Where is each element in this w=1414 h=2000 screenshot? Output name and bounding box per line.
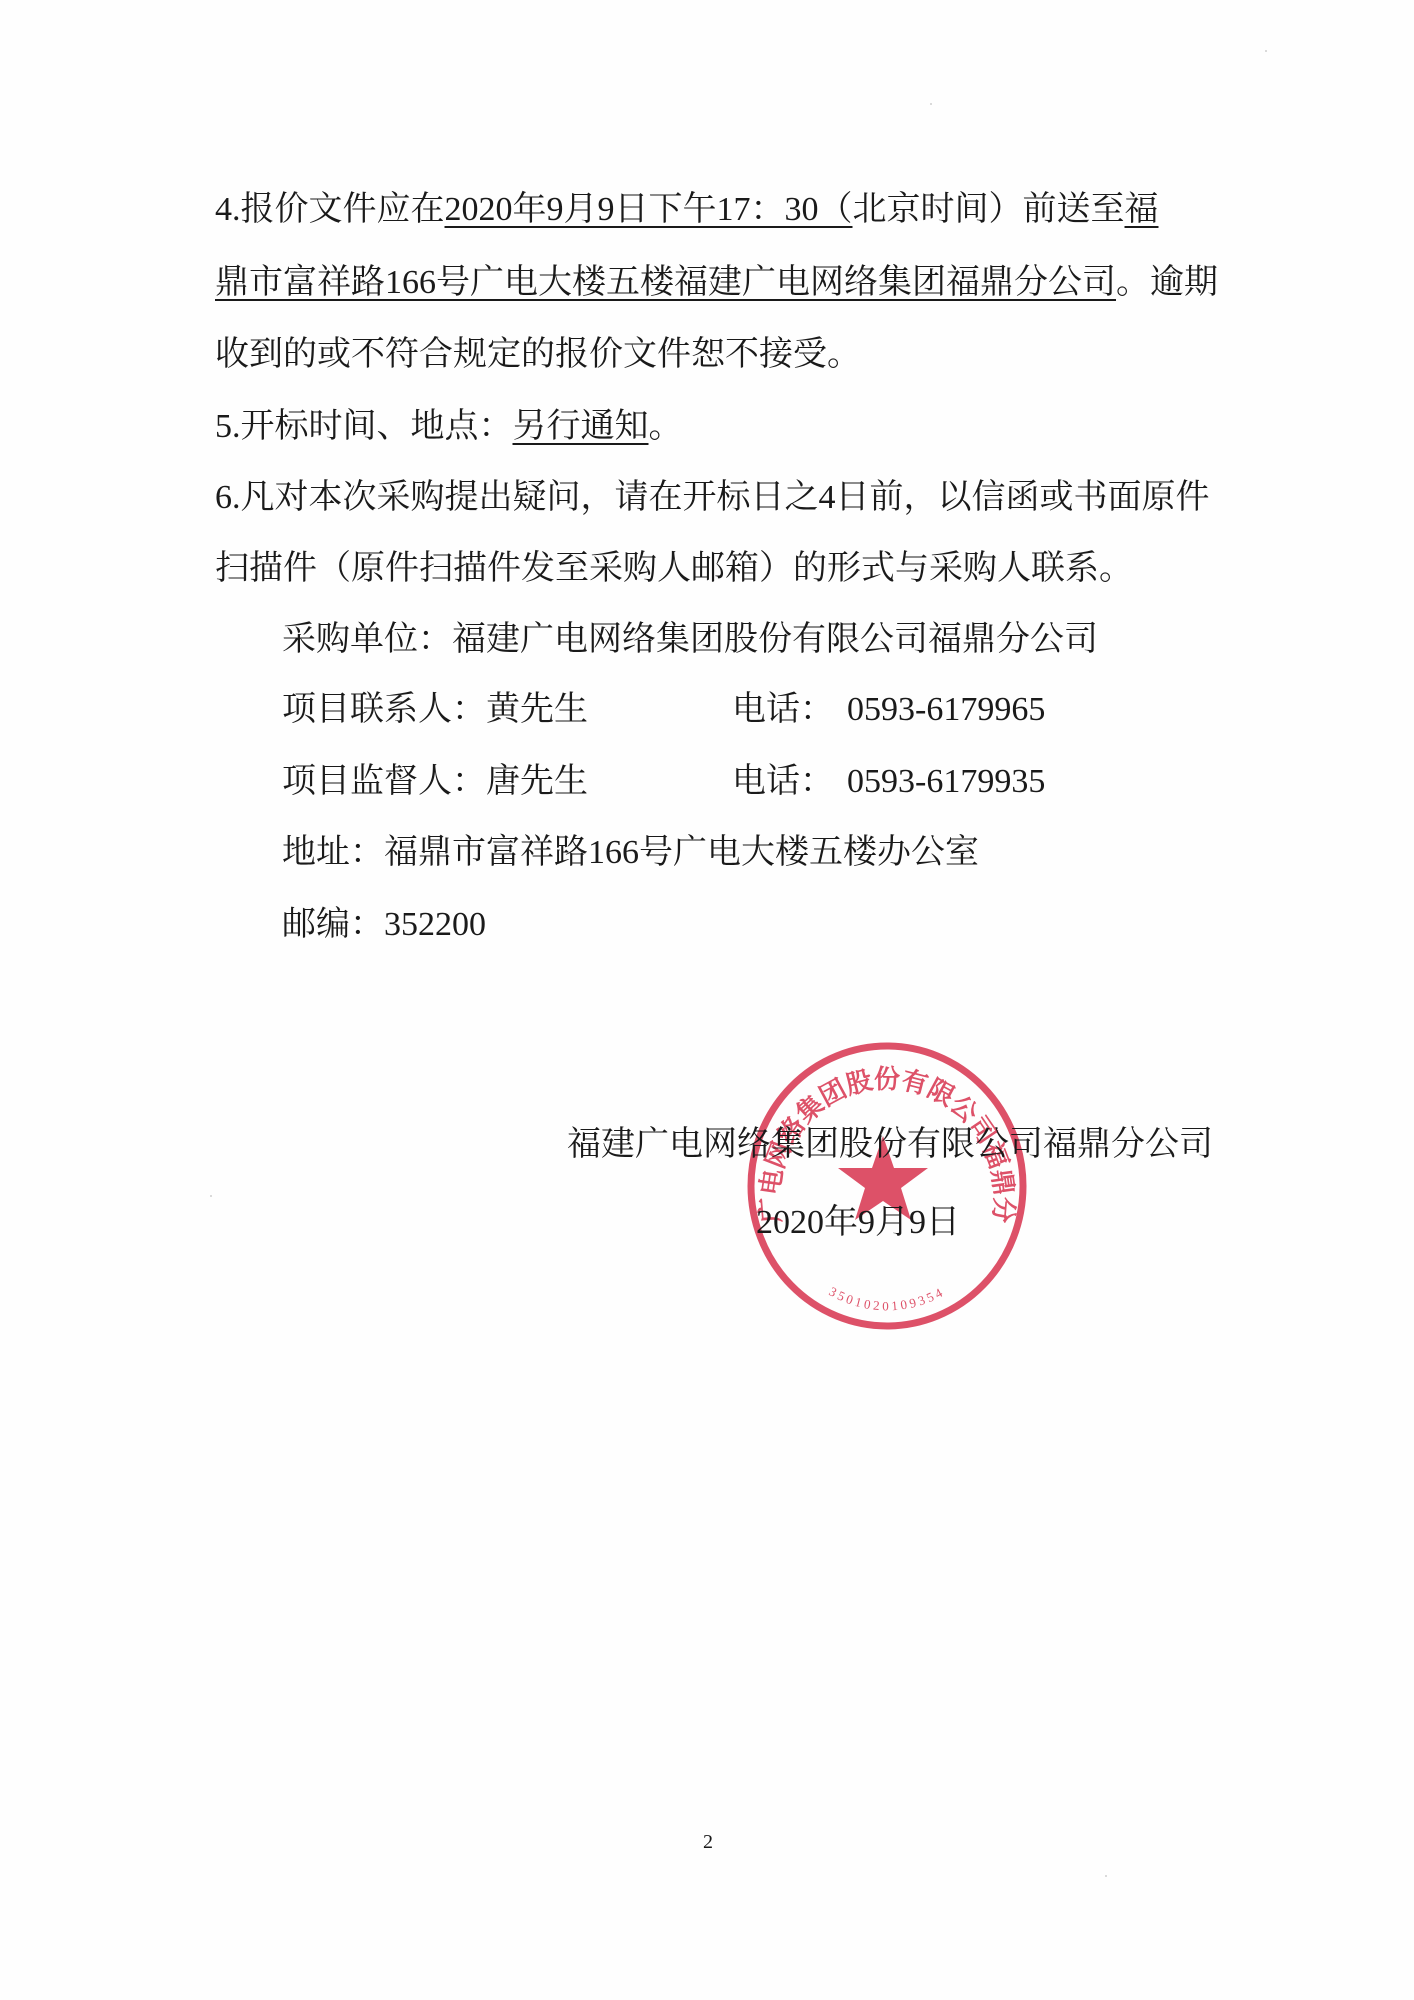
address-label: 地址：	[282, 834, 384, 871]
signature-company: 福建广电网络集团股份有限公司福鼎分公司	[567, 1125, 1213, 1165]
contact-person-label: 项目联系人：	[282, 691, 486, 728]
item5-value-underlined: 另行通知	[513, 408, 649, 445]
document-page: 4.报价文件应在2020年9月9日下午17：30（北京时间）前送至福 鼎市富祥路…	[0, 0, 1414, 2000]
item4-suffix: 。逾期	[1116, 264, 1218, 301]
item4-line2: 鼎市富祥路166号广电大楼五楼福建广电网络集团福鼎分公司。逾期	[215, 263, 1218, 303]
postcode-label: 邮编：	[282, 906, 384, 943]
contact-phone-label: 电话：	[732, 690, 834, 730]
contact-phone-value: 0593-6179965	[847, 690, 1045, 730]
address-row: 地址：福鼎市富祥路166号广电大楼五楼办公室	[282, 833, 979, 873]
item6-line1: 6.凡对本次采购提出疑问，请在开标日之4日前，以信函或书面原件	[215, 478, 1210, 518]
address-value: 福鼎市富祥路166号广电大楼五楼办公室	[384, 834, 979, 871]
page-number: 2	[700, 1830, 716, 1854]
purchaser-row: 采购单位：福建广电网络集团股份有限公司福鼎分公司	[282, 620, 1098, 660]
item4-line3: 收到的或不符合规定的报价文件恕不接受。	[215, 335, 861, 375]
contact-person-row: 项目联系人：黄先生	[282, 690, 588, 730]
postcode-row: 邮编：352200	[282, 905, 486, 945]
supervisor-value: 唐先生	[486, 763, 588, 800]
item5-suffix: 。	[649, 408, 683, 445]
purchaser-label: 采购单位：	[282, 621, 452, 658]
purchaser-value: 福建广电网络集团股份有限公司福鼎分公司	[452, 621, 1098, 658]
scan-speck	[1105, 1875, 1107, 1877]
postcode-value: 352200	[384, 906, 486, 943]
item5-prefix: 5.开标时间、地点：	[215, 408, 513, 445]
supervisor-phone-value: 0593-6179935	[847, 762, 1045, 802]
supervisor-label: 项目监督人：	[282, 763, 486, 800]
signature-date: 2020年9月9日	[756, 1203, 960, 1243]
supervisor-phone-label: 电话：	[732, 762, 834, 802]
place-underlined-start: 福	[1125, 191, 1159, 228]
scan-speck	[210, 1195, 212, 1197]
supervisor-row: 项目监督人：唐先生	[282, 762, 588, 802]
scan-speck	[930, 103, 932, 105]
item4-prefix: 4.报价文件应在	[215, 191, 445, 228]
item4-mid: 北京时间）前送至	[853, 191, 1125, 228]
place-underlined: 鼎市富祥路166号广电大楼五楼福建广电网络集团福鼎分公司	[215, 264, 1116, 301]
contact-person-value: 黄先生	[486, 691, 588, 728]
item6-line2: 扫描件（原件扫描件发至采购人邮箱）的形式与采购人联系。	[215, 549, 1133, 589]
official-seal-stamp: 福建广电网络集团股份有限公司福鼎分公司 3501020109354	[745, 1040, 1029, 1332]
item4-line1: 4.报价文件应在2020年9月9日下午17：30（北京时间）前送至福	[215, 190, 1159, 230]
scan-speck	[1265, 50, 1267, 52]
stamp-serial: 3501020109354	[827, 1284, 948, 1314]
item5-line: 5.开标时间、地点：另行通知。	[215, 407, 683, 447]
deadline-underlined: 2020年9月9日下午17：30（	[445, 191, 853, 228]
